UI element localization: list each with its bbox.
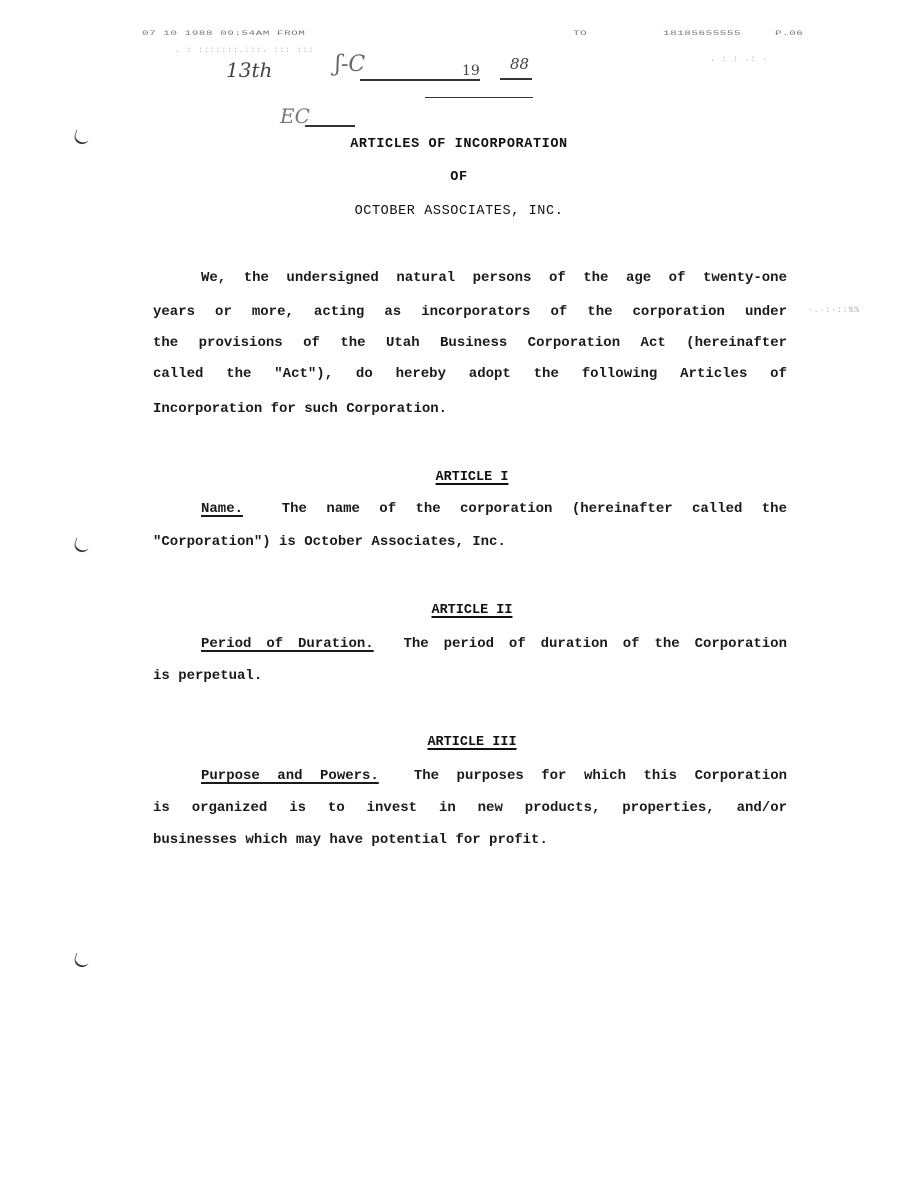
preamble-line: the provisions of the Utah Business Corp… [153, 335, 787, 351]
fax-header-datetime: 07 10 1988 09:54AM FROM [142, 30, 305, 37]
stamp-line [500, 78, 532, 80]
fax-header-to: TO [573, 30, 587, 37]
article-line: "Corporation") is October Associates, In… [153, 534, 787, 550]
article-heading: ARTICLE I [0, 470, 918, 485]
preamble-line: Incorporation for such Corporation. [153, 401, 787, 417]
stamp-noise: . : :::::::.:::. ::: ::: [175, 46, 314, 55]
article-line: is perpetual. [153, 668, 787, 684]
article-line: is organized is to invest in new product… [153, 800, 787, 816]
stamp-line [360, 79, 480, 81]
article-caption: Purpose and Powers. [201, 768, 379, 784]
fax-header-number: 18185655555 [663, 30, 741, 37]
article-line: businesses which may have potential for … [153, 832, 787, 848]
document-title-of: OF [0, 170, 918, 185]
stamp-year-suffix: 88 [510, 55, 529, 73]
company-name: OCTOBER ASSOCIATES, INC. [0, 204, 918, 219]
article-heading: ARTICLE II [0, 603, 918, 618]
stamp-day: 13th [226, 58, 272, 82]
article-line: Name. The name of the corporation (herei… [201, 501, 787, 517]
document-title: ARTICLES OF INCORPORATION [0, 137, 918, 152]
scan-noise: ·.·:·::%% [808, 306, 860, 315]
article-line: Period of Duration. The period of durati… [201, 636, 787, 652]
article-line: Purpose and Powers. The purposes for whi… [201, 768, 787, 784]
margin-mark [72, 953, 90, 969]
article-caption: Period of Duration. [201, 636, 374, 652]
fax-header-page: P.06 [775, 30, 803, 37]
margin-mark [72, 538, 90, 554]
stamp-line [305, 125, 355, 127]
preamble-line: We, the undersigned natural persons of t… [201, 270, 787, 286]
stamp-line [425, 97, 533, 98]
stamp-year-prefix: 19 [462, 63, 480, 79]
preamble-line: years or more, acting as incorporators o… [153, 304, 787, 320]
stamp-scribble: ʃ-C [335, 52, 365, 77]
article-caption: Name. [201, 501, 243, 517]
stamp-noise: . : : .: · [710, 55, 768, 64]
article-heading: ARTICLE III [0, 735, 918, 750]
preamble-line: called the "Act"), do hereby adopt the f… [153, 366, 787, 382]
